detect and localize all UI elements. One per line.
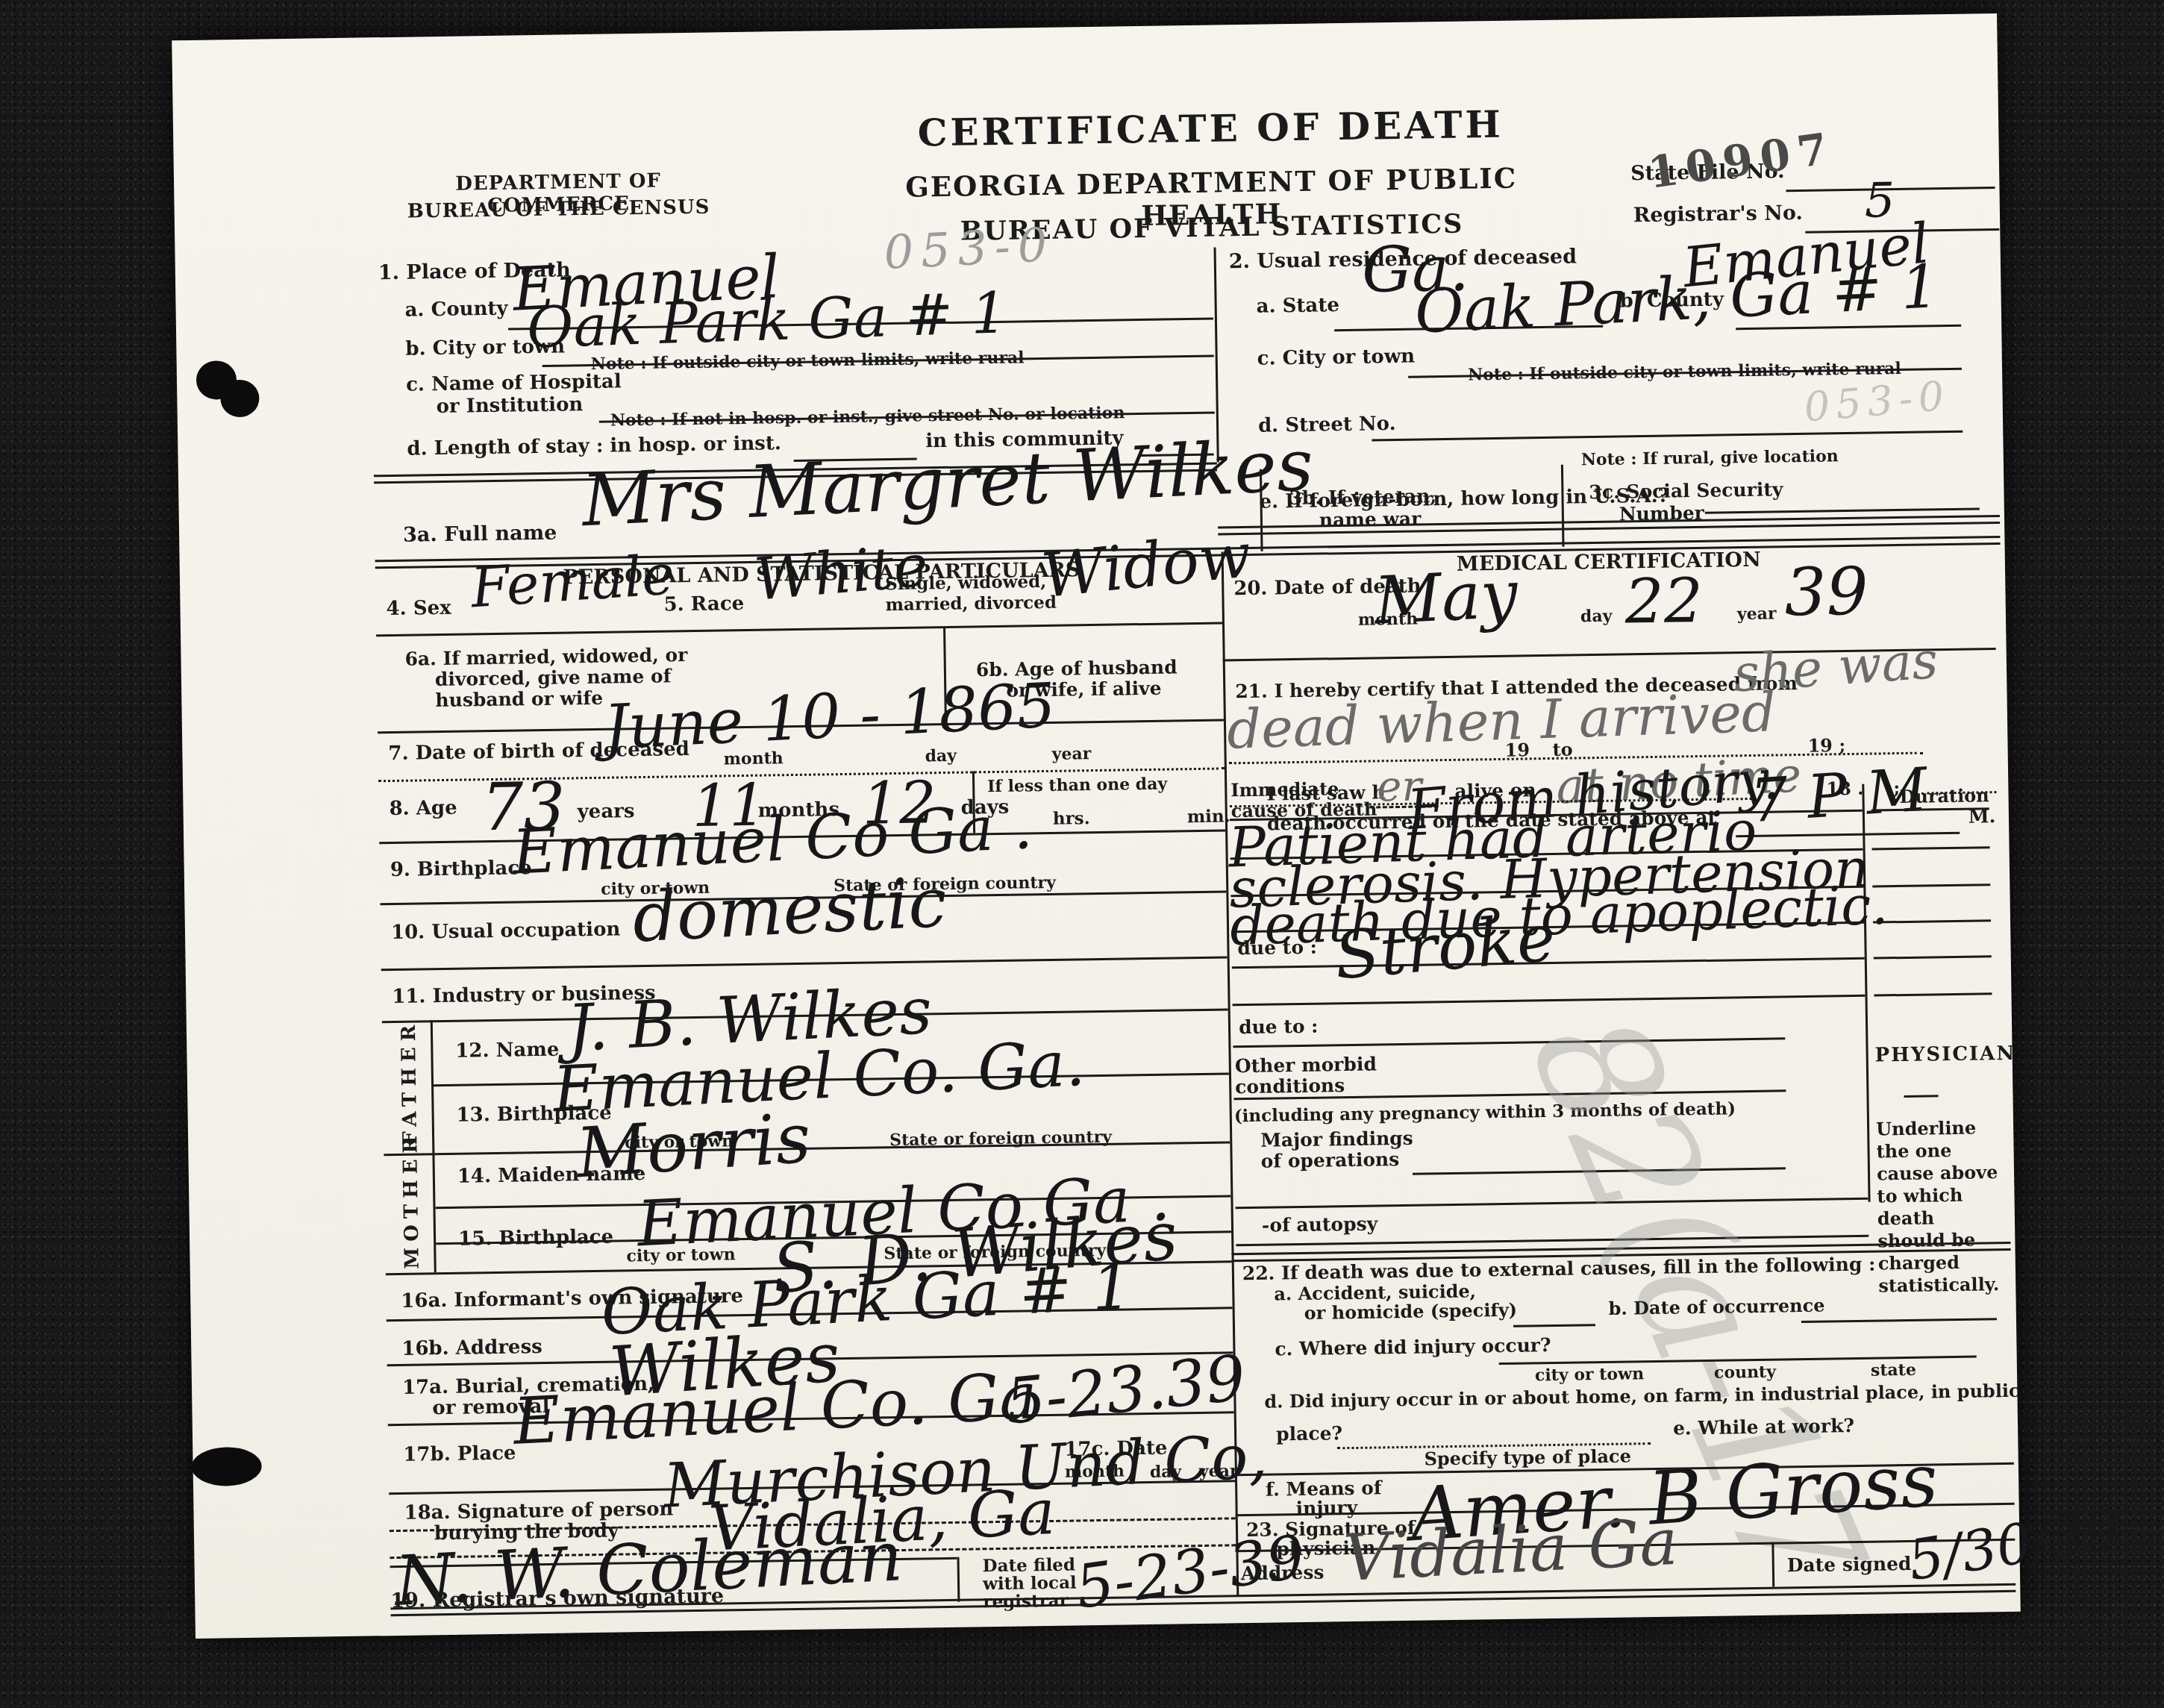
due-to-label-1: due to : <box>1237 937 1317 960</box>
mother-side-label: MOTHER <box>401 1160 425 1269</box>
min-label: min. <box>1187 807 1230 827</box>
external-a-line <box>1513 1324 1595 1327</box>
pencil-code-right: 053-0 <box>1802 372 1951 431</box>
dob-month-sublabel: month <box>723 749 783 769</box>
father-name-label: 12. Name <box>455 1039 559 1063</box>
external-b-line <box>1801 1318 1997 1323</box>
physician-side-label: PHYSICIAN <box>1874 1043 2016 1068</box>
sex-label: 4. Sex <box>386 598 451 621</box>
burial-place-label: 17b. Place <box>403 1443 516 1467</box>
dod-month-value: May <box>1372 555 1519 639</box>
external-b-label: b. Date of occurrence <box>1608 1295 1824 1319</box>
due-to-2-line <box>1233 1037 1785 1048</box>
pencil-code-top: 053-0 <box>883 217 1056 280</box>
hrs-label: hrs. <box>1053 809 1090 829</box>
veteran-label-1: 3b. If veteran, <box>1289 486 1436 510</box>
row10-bottom-line <box>381 956 1228 971</box>
physician-dash <box>1904 1095 1938 1098</box>
hole-punch-top-2 <box>220 380 260 418</box>
external-a-label-2: or homicide (specify) <box>1304 1300 1518 1324</box>
external-c-label: c. Where did injury occur? <box>1275 1335 1551 1360</box>
mother-city-sublabel: city or town <box>626 1245 735 1266</box>
age-label: 8. Age <box>389 798 457 821</box>
morbid-label-1: Other morbid <box>1235 1054 1377 1077</box>
street-line <box>1372 431 1963 442</box>
fullname-label: 3a. Full name <box>403 522 557 547</box>
county-label-1: a. County <box>404 298 507 322</box>
father-side-label: FATHER <box>398 1029 422 1145</box>
dod-day-value: 22 <box>1624 566 1704 638</box>
external-county-sublabel: county <box>1714 1363 1776 1383</box>
marital-label-1: Single, widowed, <box>885 572 1046 595</box>
external-state-sublabel: state <box>1871 1361 1916 1380</box>
dob-day-sublabel: day <box>925 747 957 766</box>
city-label-2: c. City or town <box>1257 346 1416 371</box>
state-file-number-stamp: 10907 <box>1645 122 1838 198</box>
dob-year-sublabel: year <box>1051 745 1091 764</box>
hole-punch-bottom <box>191 1447 262 1486</box>
father-side-divider <box>431 1020 435 1153</box>
cause-line-2d <box>1872 846 1990 850</box>
dod-year-sublabel: year <box>1737 604 1777 624</box>
ssn-label-1: 3c. Social Security <box>1589 479 1783 504</box>
sex-value: Female <box>469 542 676 620</box>
findings-label-2: of operations <box>1260 1149 1399 1172</box>
dod-day-sublabel: day <box>1580 607 1613 627</box>
mother-maiden-value: Morris <box>574 1098 813 1194</box>
informant-addr-label: 16b. Address <box>401 1336 542 1361</box>
foreign-born-line <box>1705 507 1980 513</box>
blank-line-mid <box>1236 1198 1869 1210</box>
external-city-sublabel: city or town <box>1535 1365 1644 1385</box>
certificate-title: CERTIFICATE OF DEATH <box>830 101 1592 156</box>
cause-line-6d <box>1874 992 1992 996</box>
hospital-label-1: c. Name of Hospital <box>406 371 622 396</box>
note-street: Note : If not in hosp. or inst., give st… <box>610 404 1125 431</box>
hospital-label-2: or Institution <box>436 394 583 419</box>
mother-side-divider <box>432 1153 436 1272</box>
occupation-label: 10. Usual occupation <box>391 919 621 944</box>
cause-line-4d <box>1873 919 1991 923</box>
occupation-value: domestic <box>631 863 948 958</box>
duration-label: Duration <box>1899 785 1989 807</box>
birthplace-label: 9. Birthplace <box>390 857 532 882</box>
dod-year-value: 39 <box>1784 553 1869 631</box>
note-location: Note : If rural, give location <box>1581 447 1839 469</box>
physician-addr-label: Address <box>1241 1562 1325 1585</box>
physician-addr-value: Vidalia Ga <box>1342 1505 1679 1596</box>
row4-bottom-line <box>376 622 1222 636</box>
date-signed-label: Date signed <box>1787 1554 1912 1577</box>
marital-label-2: married, divorced <box>885 593 1057 616</box>
external-e-label: e. While at work? <box>1673 1415 1854 1439</box>
underline-note: Underline the one cause above to which d… <box>1876 1116 2007 1298</box>
state-label-2: a. State <box>1256 295 1339 319</box>
veteran-label-2: name war <box>1319 508 1422 531</box>
morbid-label-2: conditions <box>1235 1075 1345 1098</box>
due-to-label-2: due to : <box>1239 1016 1319 1039</box>
means-label-2: injury <box>1295 1498 1357 1520</box>
spouse-label-3: husband or wife <box>435 688 603 712</box>
date-filed-box-divider <box>957 1557 960 1602</box>
cause-line-5d <box>1874 955 1992 959</box>
mother-birthplace-label: 15. Birthplace <box>458 1227 613 1251</box>
cause-line-3d <box>1872 883 1990 887</box>
immediate-label-1: Immediate <box>1230 778 1339 801</box>
registrar-no-label: Registrar's No. <box>1633 201 1803 227</box>
cause-line-6 <box>1233 995 1866 1007</box>
department-line-2: BUREAU OF THE CENSUS <box>398 196 719 223</box>
autopsy-label: -of autopsy <box>1262 1213 1378 1236</box>
race-label: 5. Race <box>663 593 744 616</box>
ssn-label-2: Number <box>1619 503 1704 525</box>
scanned-death-certificate: DEPARTMENT OF COMMERCE BUREAU OF THE CEN… <box>0 0 2164 1708</box>
external-place-label: place? <box>1276 1423 1342 1445</box>
certificate-paper: DEPARTMENT OF COMMERCE BUREAU OF THE CEN… <box>172 13 2021 1639</box>
